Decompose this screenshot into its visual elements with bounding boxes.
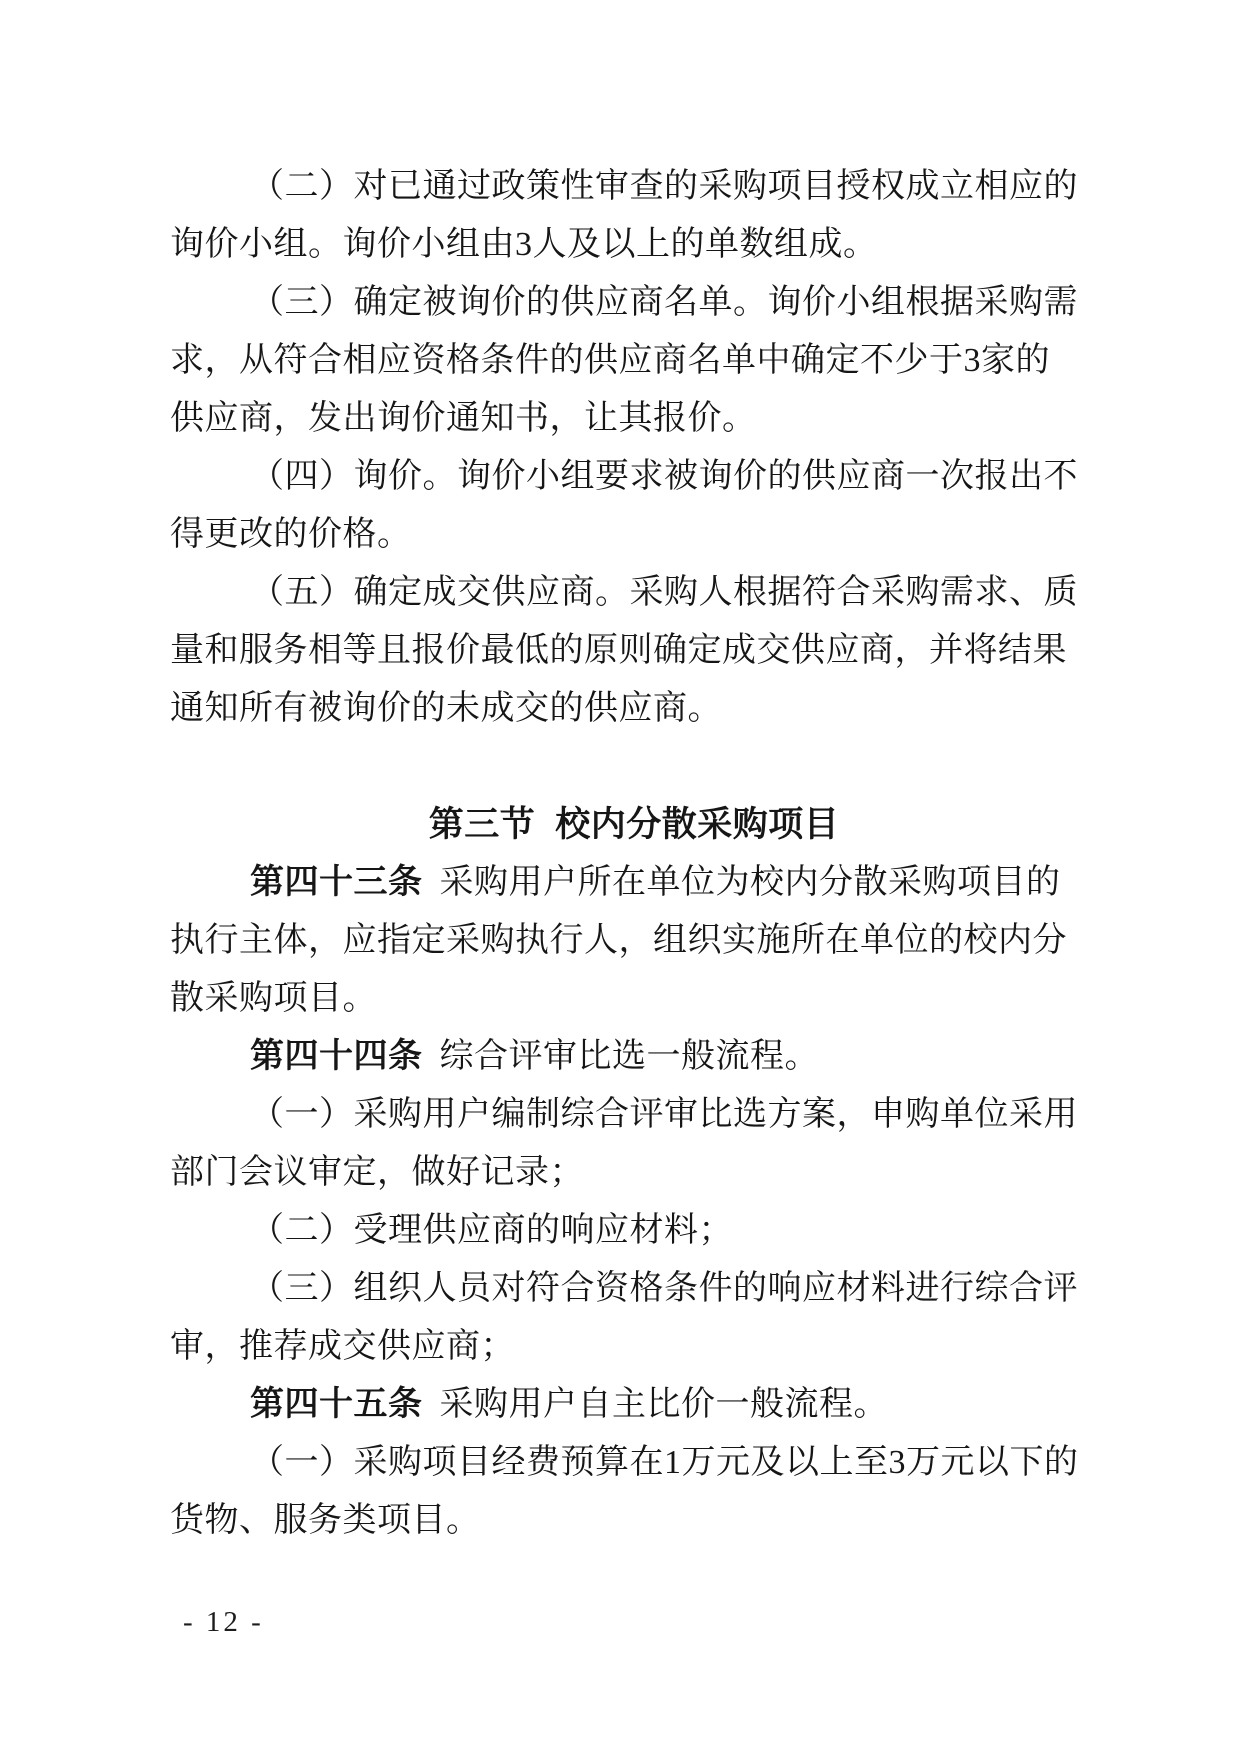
paragraph-text: （二）对已通过政策性审查的采购项目授权成立相应的 xyxy=(250,168,1078,205)
paragraph-text: 货物、服务类项目。 xyxy=(170,1502,481,1539)
document-body: （二）对已通过政策性审查的采购项目授权成立相应的 询价小组。询价小组由3人及以上… xyxy=(170,158,1070,1550)
paragraph-line: （一）采购用户编制综合评审比选方案，申购单位采用 xyxy=(170,1086,1070,1144)
paragraph-text: 采购用户自主比价一般流程。 xyxy=(440,1386,889,1423)
paragraph-text: 综合评审比选一般流程。 xyxy=(440,1038,820,1075)
paragraph-line: （二）对已通过政策性审查的采购项目授权成立相应的 xyxy=(170,158,1070,216)
section-heading: 第三节校内分散采购项目 xyxy=(170,796,1070,854)
paragraph-line: 供应商，发出询价通知书，让其报价。 xyxy=(170,390,1070,448)
paragraph-line: 第四十四条综合评审比选一般流程。 xyxy=(170,1028,1070,1086)
blank-line xyxy=(170,738,1070,796)
paragraph-text: 供应商，发出询价通知书，让其报价。 xyxy=(170,400,757,437)
section-title: 校内分散采购项目 xyxy=(555,805,839,844)
page-number: - 12 - xyxy=(183,1605,264,1639)
document-page: （二）对已通过政策性审查的采购项目授权成立相应的 询价小组。询价小组由3人及以上… xyxy=(0,0,1240,1753)
paragraph-text: （五）确定成交供应商。采购人根据符合采购需求、质 xyxy=(250,574,1078,611)
paragraph-line: 通知所有被询价的未成交的供应商。 xyxy=(170,680,1070,738)
paragraph-line: （三）组织人员对符合资格条件的响应材料进行综合评 xyxy=(170,1260,1070,1318)
paragraph-line: 询价小组。询价小组由3人及以上的单数组成。 xyxy=(170,216,1070,274)
paragraph-line: 执行主体，应指定采购执行人，组织实施所在单位的校内分 xyxy=(170,912,1070,970)
paragraph-text: （四）询价。询价小组要求被询价的供应商一次报出不 xyxy=(250,458,1078,495)
article-number: 第四十三条 xyxy=(250,864,423,901)
paragraph-line: （二）受理供应商的响应材料； xyxy=(170,1202,1070,1260)
paragraph-line: 审，推荐成交供应商； xyxy=(170,1318,1070,1376)
paragraph-text: 量和服务相等且报价最低的原则确定成交供应商，并将结果 xyxy=(170,632,1067,669)
article-number: 第四十四条 xyxy=(250,1038,423,1075)
paragraph-text: （一）采购项目经费预算在1万元及以上至3万元以下的 xyxy=(250,1444,1079,1481)
paragraph-line: （五）确定成交供应商。采购人根据符合采购需求、质 xyxy=(170,564,1070,622)
paragraph-text: 求，从符合相应资格条件的供应商名单中确定不少于3家的 xyxy=(170,342,1050,379)
paragraph-line: （四）询价。询价小组要求被询价的供应商一次报出不 xyxy=(170,448,1070,506)
paragraph-text: 得更改的价格。 xyxy=(170,516,412,553)
paragraph-text: 散采购项目。 xyxy=(170,980,377,1017)
paragraph-line: （一）采购项目经费预算在1万元及以上至3万元以下的 xyxy=(170,1434,1070,1492)
paragraph-text: 通知所有被询价的未成交的供应商。 xyxy=(170,690,722,727)
paragraph-text: （三）确定被询价的供应商名单。询价小组根据采购需 xyxy=(250,284,1078,321)
paragraph-line: 得更改的价格。 xyxy=(170,506,1070,564)
paragraph-text: 采购用户所在单位为校内分散采购项目的 xyxy=(440,864,1061,901)
paragraph-text: （二）受理供应商的响应材料； xyxy=(250,1212,733,1249)
paragraph-line: 量和服务相等且报价最低的原则确定成交供应商，并将结果 xyxy=(170,622,1070,680)
paragraph-line: 第四十五条采购用户自主比价一般流程。 xyxy=(170,1376,1070,1434)
paragraph-text: 执行主体，应指定采购执行人，组织实施所在单位的校内分 xyxy=(170,922,1067,959)
paragraph-text: （一）采购用户编制综合评审比选方案，申购单位采用 xyxy=(250,1096,1078,1133)
paragraph-line: 货物、服务类项目。 xyxy=(170,1492,1070,1550)
paragraph-line: （三）确定被询价的供应商名单。询价小组根据采购需 xyxy=(170,274,1070,332)
paragraph-text: （三）组织人员对符合资格条件的响应材料进行综合评 xyxy=(250,1270,1078,1307)
article-number: 第四十五条 xyxy=(250,1386,423,1423)
paragraph-line: 散采购项目。 xyxy=(170,970,1070,1028)
paragraph-text: 部门会议审定，做好记录； xyxy=(170,1154,584,1191)
paragraph-text: 询价小组。询价小组由3人及以上的单数组成。 xyxy=(170,226,878,263)
section-number: 第三节 xyxy=(429,805,536,844)
paragraph-text: 审，推荐成交供应商； xyxy=(170,1328,515,1365)
paragraph-line: 部门会议审定，做好记录； xyxy=(170,1144,1070,1202)
paragraph-line: 求，从符合相应资格条件的供应商名单中确定不少于3家的 xyxy=(170,332,1070,390)
paragraph-line: 第四十三条采购用户所在单位为校内分散采购项目的 xyxy=(170,854,1070,912)
